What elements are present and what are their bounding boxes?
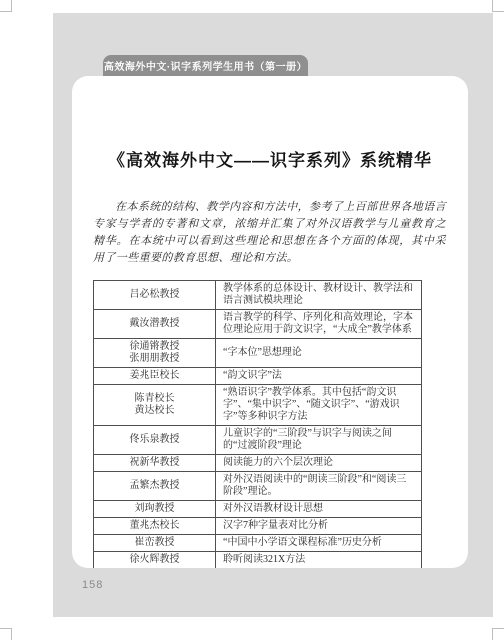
theory-cell: “中国中小学语文课程标准”历史分析 — [216, 535, 421, 551]
table-row: 姜兆臣校长“韵文识字”法 — [94, 367, 421, 384]
theory-cell: 对外汉语阅读中的“朗读三阶段”和“阅读三阶段”理论。 — [216, 472, 421, 500]
table-row: 吕必松教授教学体系的总体设计、教材设计、教学法和语言测试模块理论 — [94, 281, 421, 309]
name-cell: 佟乐泉教授 — [94, 426, 216, 454]
page-number: 158 — [82, 579, 103, 591]
intro-paragraph: 在本系统的结构、教学内容和方法中，参考了上百部世界各地语言专家与学者的专著和文章… — [93, 199, 446, 267]
trim-mark-bottom-left-v — [11, 628, 12, 640]
trim-mark-bottom-left-h — [0, 628, 12, 629]
table-row: 陈青校长黄达校长“熟语识字”教学体系。其中包括“韵文识字”、“集中识字”、“随文… — [94, 384, 421, 425]
theory-table: 吕必松教授教学体系的总体设计、教材设计、教学法和语言测试模块理论戴汝潜教授语言教… — [93, 280, 422, 568]
table-row: 戴汝潜教授语言教学的科学、序列化和高效理论，字本位理论应用于韵文识字，“大成全”… — [94, 309, 421, 338]
theory-cell: 汉字7种字量表对比分析 — [216, 518, 421, 534]
theory-cell: 对外汉语教材设计思想 — [216, 501, 421, 517]
content-panel: 《高效海外中文——识字系列》系统精华 在本系统的结构、教学内容和方法中，参考了上… — [72, 76, 468, 568]
table-row: 崔峦教授“中国中小学语文课程标准”历史分析 — [94, 534, 421, 551]
theory-cell: “熟语识字”教学体系。其中包括“韵文识字”、“集中识字”、“随文识字”、“游戏识… — [216, 385, 421, 425]
theory-cell: “韵文识字”法 — [216, 368, 421, 384]
table-row: 孟繁杰教授对外汉语阅读中的“朗读三阶段”和“阅读三阶段”理论。 — [94, 471, 421, 500]
header-tab-label: 高效海外中文·识字系列学生用书（第一册） — [104, 58, 307, 73]
name-cell: 姜兆臣校长 — [94, 368, 216, 384]
theory-cell: 阅读能力的六个层次理论 — [216, 455, 421, 471]
table-row: 刘珣教授对外汉语教材设计思想 — [94, 500, 421, 517]
table-row: 董兆杰校长汉字7种字量表对比分析 — [94, 517, 421, 534]
theory-cell: 语言教学的科学、序列化和高效理论，字本位理论应用于韵文识字，“大成全”教学体系 — [216, 310, 421, 338]
name-cell: 徐通锵教授张朋朋教授 — [94, 339, 216, 367]
name-cell: 刘珣教授 — [94, 501, 216, 517]
table-row: 佟乐泉教授儿童识字的“三阶段”与识字与阅读之间的“过渡阶段”理论 — [94, 425, 421, 454]
trim-mark-top-left-h — [0, 11, 12, 12]
name-cell: 陈青校长黄达校长 — [94, 385, 216, 425]
header-tab: 高效海外中文·识字系列学生用书（第一册） — [103, 55, 308, 76]
name-cell: 徐火辉教授 — [94, 552, 216, 568]
name-cell: 孟繁杰教授 — [94, 472, 216, 500]
name-cell: 戴汝潜教授 — [94, 310, 216, 338]
trim-mark-bottom-right-v — [492, 628, 493, 640]
table-row: 徐火辉教授聆听阅读321X方法 — [94, 551, 421, 568]
table-row: 徐通锵教授张朋朋教授“字本位”思想理论 — [94, 338, 421, 367]
trim-mark-bottom-right-h — [492, 628, 504, 629]
theory-cell: “字本位”思想理论 — [216, 339, 421, 367]
page-title: 《高效海外中文——识字系列》系统精华 — [82, 146, 458, 171]
theory-cell: 儿童识字的“三阶段”与识字与阅读之间的“过渡阶段”理论 — [216, 426, 421, 454]
table-row: 祝新华教授阅读能力的六个层次理论 — [94, 454, 421, 471]
name-cell: 董兆杰校长 — [94, 518, 216, 534]
theory-cell: 教学体系的总体设计、教材设计、教学法和语言测试模块理论 — [216, 281, 421, 309]
name-cell: 祝新华教授 — [94, 455, 216, 471]
name-cell: 吕必松教授 — [94, 281, 216, 309]
name-cell: 崔峦教授 — [94, 535, 216, 551]
theory-cell: 聆听阅读321X方法 — [216, 552, 421, 568]
trim-mark-top-right-h — [492, 11, 504, 12]
